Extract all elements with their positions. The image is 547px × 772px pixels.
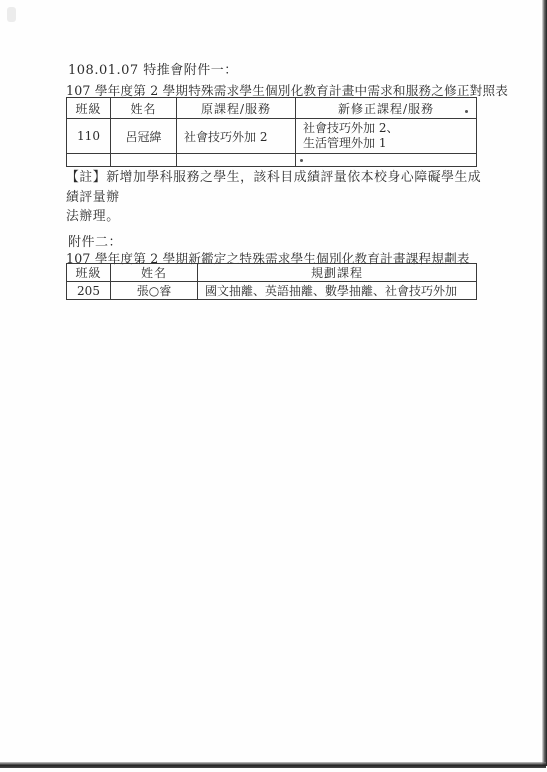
col-header-revised-course: 新修正課程/服務	[296, 98, 477, 119]
cell-class: 110	[67, 119, 111, 154]
col-header-original-course: 原課程/服務	[177, 98, 296, 119]
table-header-row: 班級 姓名 原課程/服務 新修正課程/服務	[67, 98, 477, 119]
scan-edge-bottom	[0, 762, 546, 768]
scanned-document-page: 108.01.07 特推會附件一： 107 學年度第 2 學期特殊需求學生個別化…	[0, 0, 547, 772]
col-header-name: 姓名	[111, 98, 177, 119]
cell-empty	[67, 154, 111, 167]
cell-original-course: 社會技巧外加 2	[177, 119, 296, 154]
cell-planned-courses: 國文抽離、英語抽離、數學抽離、社會技巧外加	[198, 282, 477, 300]
cell-class: 205	[67, 282, 111, 300]
table-row: 205 張○睿 國文抽離、英語抽離、數學抽離、社會技巧外加	[67, 282, 477, 300]
scan-smudge	[7, 7, 16, 22]
col-header-planned-course: 規劃課程	[198, 264, 477, 282]
footnote: 【註】新增加學科服務之學生，該科目成績評量依本校身心障礙學生成績評量辦 法辦理。	[66, 168, 482, 227]
cell-revised-course: 社會技巧外加 2、 生活管理外加 1	[296, 119, 477, 154]
table-header-row: 班級 姓名 規劃課程	[67, 264, 477, 282]
cell-empty	[111, 154, 177, 167]
revised-course-line2: 生活管理外加 1	[303, 136, 476, 151]
table-row: 110 呂冠緯 社會技巧外加 2 社會技巧外加 2、 生活管理外加 1	[67, 119, 477, 154]
cell-empty	[177, 154, 296, 167]
cell-student-name: 張○睿	[111, 282, 198, 300]
course-planning-table: 班級 姓名 規劃課程 205 張○睿 國文抽離、英語抽離、數學抽離、社會技巧外加	[66, 263, 477, 300]
footnote-line1: 【註】新增加學科服務之學生，該科目成績評量依本校身心障礙學生成績評量辦	[66, 168, 482, 207]
scan-edge-right	[542, 0, 547, 766]
revision-comparison-table: 班級 姓名 原課程/服務 新修正課程/服務 110 呂冠緯 社會技巧外加 2 社…	[66, 97, 477, 167]
col-header-class: 班級	[67, 98, 111, 119]
col-header-class: 班級	[67, 264, 111, 282]
cell-student-name: 呂冠緯	[111, 119, 177, 154]
col-header-name: 姓名	[111, 264, 198, 282]
footnote-line2: 法辦理。	[66, 207, 482, 227]
revised-course-line1: 社會技巧外加 2、	[303, 121, 476, 136]
document-heading: 108.01.07 特推會附件一：	[68, 59, 238, 78]
cell-empty	[296, 154, 477, 167]
table-row-empty	[67, 154, 477, 167]
